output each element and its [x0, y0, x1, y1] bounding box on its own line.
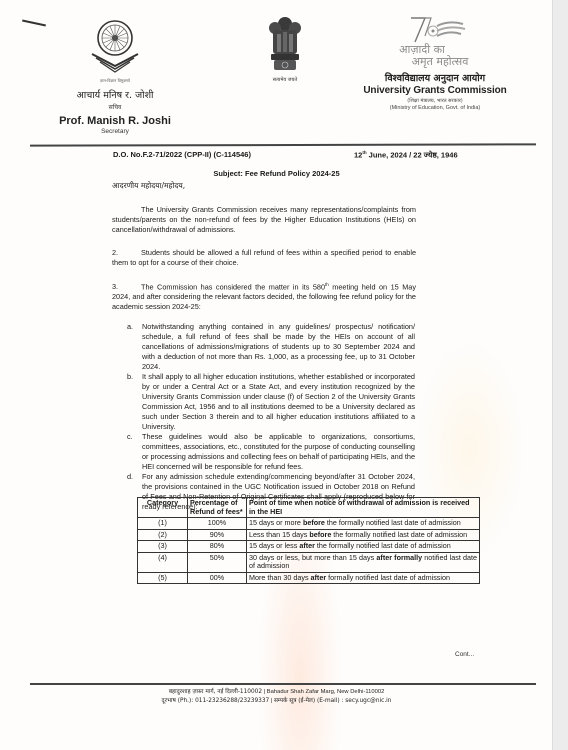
column-header-category: Category [138, 498, 188, 518]
pen-mark [22, 20, 46, 27]
secretary-block: ज्ञान-विज्ञान विमुक्तये आचार्य मनिष र. ज… [55, 14, 175, 135]
ugc-org-block: आज़ादी का अमृत महोत्सव विश्वविद्यालय अनु… [360, 14, 510, 111]
footer-divider [30, 683, 536, 685]
footer-contact-line: दूरभाष (Ph.): 011-23236288/23239337 | सम… [0, 697, 553, 706]
paragraph-1: The University Grants Commission receive… [112, 205, 416, 235]
ministry: (Ministry of Education, Govt. of India) [360, 105, 510, 111]
cell-time: 15 days or more before the formally noti… [247, 518, 480, 530]
list-item: a.Notwithstanding anything contained in … [127, 322, 415, 372]
org-name-hindi: विश्वविद्यालय अनुदान आयोग [360, 71, 510, 84]
ashoka-lion-emblem-icon [268, 14, 302, 76]
secretary-title: Secretary [55, 128, 175, 135]
cell-category: (2) [138, 529, 188, 541]
cell-time: More than 30 days after formally notifie… [247, 572, 480, 584]
cell-time: 30 days or less, but more than 15 days a… [247, 552, 480, 572]
continued-marker: Cont... [455, 651, 474, 658]
secretary-name: Prof. Manish R. Joshi [55, 115, 175, 127]
ugc-wheel-emblem-icon [84, 14, 146, 76]
cell-percentage: 90% [188, 529, 247, 541]
page-edge-strip [552, 0, 568, 750]
cell-category: (4) [138, 552, 188, 572]
column-header-time: Point of time when notice of withdrawal … [247, 498, 480, 518]
letter-date: 12th June, 2024 / 22 ज्येष्ठ, 1946 [354, 150, 458, 161]
paragraph-3: 3.The Commission has considered the matt… [112, 280, 416, 312]
cell-time: 15 days or less after the formally notif… [247, 541, 480, 553]
cell-category: (3) [138, 541, 188, 553]
list-item: c.These guidelines would also be applica… [127, 432, 415, 472]
letter-page: ज्ञान-विज्ञान विमुक्तये आचार्य मनिष र. ज… [0, 0, 553, 750]
reference-number: D.O. No.F.2-71/2022 (CPP-II) (C-114546) [113, 150, 251, 159]
list-item: b.It shall apply to all higher education… [127, 372, 415, 432]
national-emblem-block: सत्यमेव जयते [255, 14, 315, 83]
policy-list: a.Notwithstanding anything contained in … [127, 322, 415, 512]
secretary-title-hindi: सचिव [55, 103, 175, 111]
cell-time: Less than 15 days before the formally no… [247, 529, 480, 541]
table-row: (4)50%30 days or less, but more than 15 … [138, 552, 480, 572]
subject-line: Subject: Fee Refund Policy 2024-25 [0, 169, 553, 178]
cell-category: (5) [138, 572, 188, 584]
salutation: आदरणीय महोदया/महोदय, [112, 181, 185, 191]
org-name: University Grants Commission [360, 85, 510, 96]
cell-percentage: 100% [188, 518, 247, 530]
table-header-row: Category Percentage of Refund of fees* P… [138, 498, 480, 518]
table-row: (5)00%More than 30 days after formally n… [138, 572, 480, 584]
cell-percentage: 00% [188, 572, 247, 584]
header-divider [30, 143, 536, 146]
table-row: (2)90%Less than 15 days before the forma… [138, 529, 480, 541]
emblem-tagline: ज्ञान-विज्ञान विमुक्तये [55, 78, 175, 84]
paragraph-2: 2.Students should be allowed a full refu… [112, 248, 416, 268]
refund-table: Category Percentage of Refund of fees* P… [137, 497, 480, 584]
ministry-hindi: (शिक्षा मंत्रालय, भारत सरकार) [360, 98, 510, 104]
footer-address-line: बहादुरशाह ज़फ़र मार्ग, नई दिल्ली-110002 … [0, 688, 553, 697]
azadi-ka-amrit-mahotsav-75-logo-icon [399, 14, 471, 44]
table-row: (1)100%15 days or more before the formal… [138, 518, 480, 530]
table-row: (3)80%15 days or less after the formally… [138, 541, 480, 553]
column-header-percentage: Percentage of Refund of fees* [188, 498, 247, 518]
cell-percentage: 50% [188, 552, 247, 572]
cell-percentage: 80% [188, 541, 247, 553]
azadi-ka-amrit-mahotsav-text: आज़ादी का अमृत महोत्सव [360, 44, 510, 68]
emblem-motto: सत्यमेव जयते [255, 77, 315, 83]
footer-address: बहादुरशाह ज़फ़र मार्ग, नई दिल्ली-110002 … [0, 688, 553, 706]
secretary-name-hindi: आचार्य मनिष र. जोशी [55, 88, 175, 101]
cell-category: (1) [138, 518, 188, 530]
